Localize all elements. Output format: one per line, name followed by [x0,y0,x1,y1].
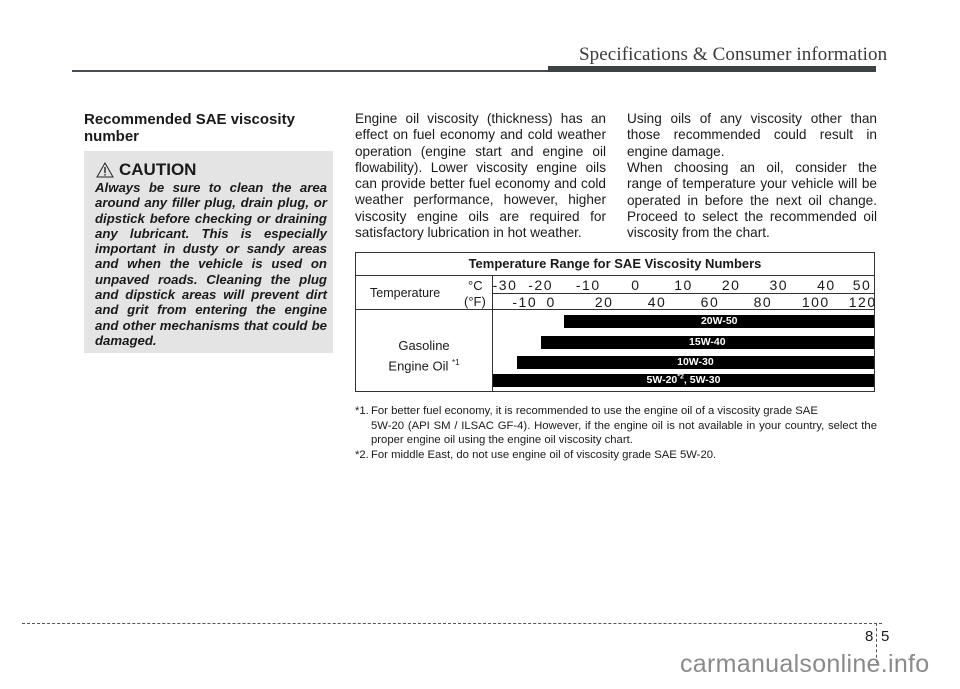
warning-triangle-icon [96,162,114,178]
viscosity-bar: 10W-30 [517,356,874,369]
fahrenheit-tick: 100 [802,294,830,310]
viscosity-paragraph: Engine oil viscosity (thickness) has an … [355,111,606,241]
page-number: 5 [881,628,889,645]
chapter-number: 8 [865,628,873,645]
section-title: Recommended SAE viscosity number [84,111,334,145]
footnote-2: *2.For middle East, do not use engine oi… [355,448,877,463]
fahrenheit-tick: -10 [512,294,537,310]
footer-rule [22,623,882,624]
celsius-tick: -30 [493,277,518,293]
choosing-oil-paragraph: When choosing an oil, consider the range… [627,160,877,241]
fahrenheit-tick: 80 [754,294,773,310]
chart-title: Temperature Range for SAE Viscosity Numb… [356,253,874,276]
viscosity-chart: Temperature Range for SAE Viscosity Numb… [355,252,875,392]
fahrenheit-tick: 120 [849,294,877,310]
header-bar [548,66,876,72]
fahrenheit-tick: 60 [701,294,720,310]
viscosity-bar: 20W-50 [564,315,874,328]
viscosity-bar: 15W-40 [541,336,874,349]
fahrenheit-unit: (°F) [464,294,486,309]
celsius-tick: 30 [769,277,788,293]
fahrenheit-tick: 40 [648,294,667,310]
celsius-unit: °C [468,278,483,293]
header-rule [72,70,548,72]
fahrenheit-tick: 0 [547,294,556,310]
oil-type-label: Gasoline Engine Oil *1 [356,337,492,374]
celsius-tick: 20 [722,277,741,293]
caution-text: Always be sure to clean the area around … [95,180,327,348]
temperature-label: Temperature [370,286,440,300]
celsius-tick: 0 [631,277,640,293]
celsius-tick: 50 [853,277,872,293]
page-header-title: Specifications & Consumer information [579,44,887,66]
viscosity-bar: 5W-20*2, 5W-30 [493,374,874,387]
celsius-tick: 40 [817,277,836,293]
celsius-tick: 10 [674,277,693,293]
celsius-tick: -20 [528,277,553,293]
warning-paragraph: Using oils of any viscosity other than t… [627,111,877,160]
caution-heading: CAUTION [96,160,196,180]
caution-box: CAUTION Always be sure to clean the area… [84,151,333,353]
celsius-tick: -10 [576,277,601,293]
caution-label: CAUTION [119,160,196,180]
footnote-1: *1.For better fuel economy, it is recomm… [355,404,877,448]
fahrenheit-tick: 20 [595,294,614,310]
watermark: carmanualsonline.info [680,650,930,679]
